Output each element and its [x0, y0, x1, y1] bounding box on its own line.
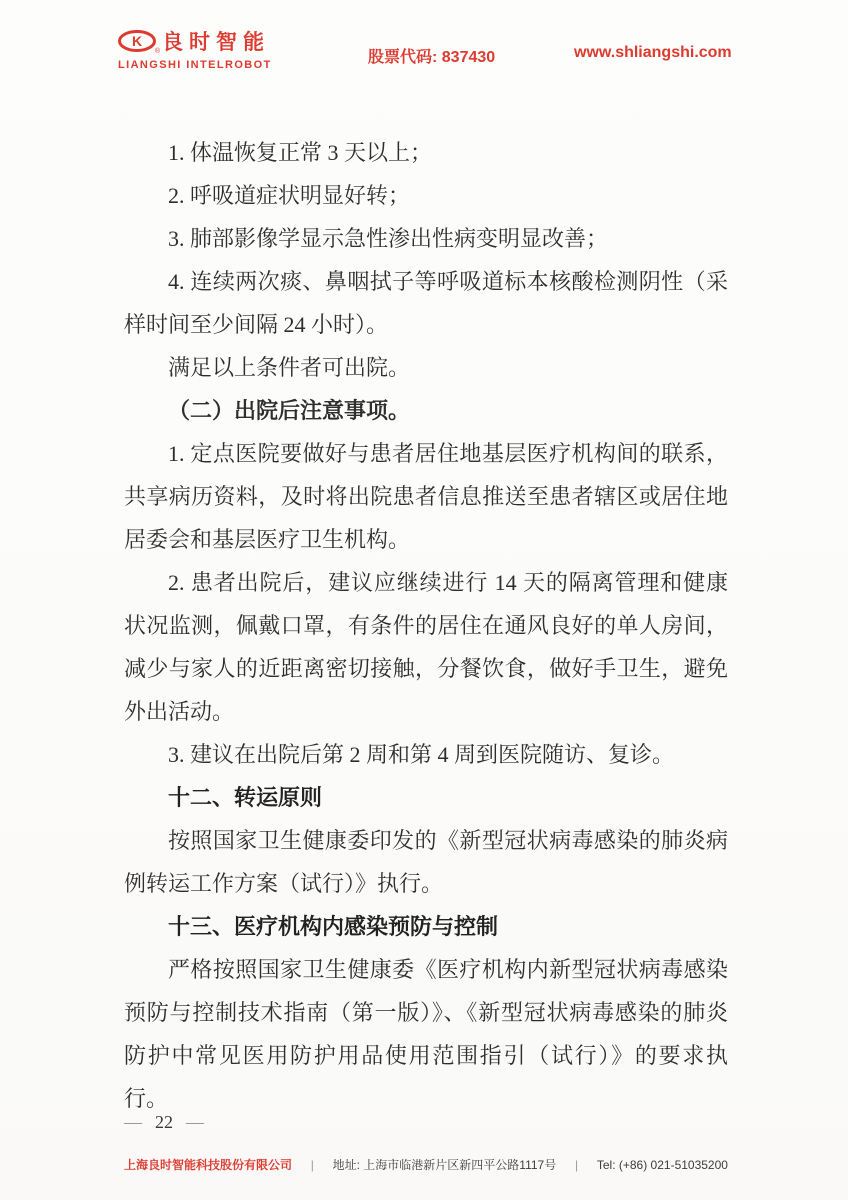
logo-k-ellipse-icon: K ®: [118, 30, 156, 52]
footer-address: 地址: 上海市临港新片区新四平公路1117号: [333, 1156, 557, 1173]
page-number: — 22 —: [124, 1112, 204, 1133]
section-heading: 十二、转运原则: [124, 776, 728, 819]
footer-company-name: 上海良时智能科技股份有限公司: [124, 1156, 292, 1173]
paragraph: 2. 呼吸道症状明显好转；: [124, 174, 728, 217]
paragraph: 严格按照国家卫生健康委《医疗机构内新型冠状病毒感染预防与控制技术指南（第一版）》…: [124, 948, 728, 1120]
page-number-dash-left: —: [124, 1112, 142, 1133]
document-page: K ® 良时智能 LIANGSHI INTELROBOT 股票代码: 83743…: [0, 0, 848, 1200]
stock-code: 股票代码: 837430: [368, 44, 495, 67]
logo-english-name: LIANGSHI INTELROBOT: [118, 59, 272, 71]
logo-chinese-name: 良时智能: [162, 26, 270, 56]
footer-divider: |: [311, 1158, 314, 1172]
paragraph: 按照国家卫生健康委印发的《新型冠状病毒感染的肺炎病例转运工作方案（试行）》执行。: [124, 819, 728, 905]
registered-trademark-icon: ®: [155, 48, 160, 55]
paragraph: 2. 患者出院后，建议应继续进行 14 天的隔离管理和健康状况监测，佩戴口罩，有…: [124, 561, 728, 733]
footer-bar: 上海良时智能科技股份有限公司 | 地址: 上海市临港新片区新四平公路1117号 …: [124, 1156, 728, 1173]
paragraph: 1. 定点医院要做好与患者居住地基层医疗机构间的联系，共享病历资料，及时将出院患…: [124, 432, 728, 561]
paragraph: （二）出院后注意事项。: [124, 389, 728, 432]
website-url: www.shliangshi.com: [574, 44, 732, 62]
paragraph: 1. 体温恢复正常 3 天以上；: [124, 131, 728, 174]
paragraph: 4. 连续两次痰、鼻咽拭子等呼吸道标本核酸检测阴性（采样时间至少间隔 24 小时…: [124, 260, 728, 346]
svg-text:K: K: [132, 33, 142, 49]
paragraph: 满足以上条件者可出院。: [124, 346, 728, 389]
page-number-value: 22: [155, 1112, 173, 1133]
footer-divider: |: [575, 1158, 578, 1172]
paragraph: 3. 肺部影像学显示急性渗出性病变明显改善；: [124, 217, 728, 260]
document-text: 1. 体温恢复正常 3 天以上；2. 呼吸道症状明显好转；3. 肺部影像学显示急…: [124, 131, 728, 1120]
footer-telephone: Tel: (+86) 021-51035200: [597, 1158, 728, 1172]
section-heading: 十三、医疗机构内感染预防与控制: [124, 905, 728, 948]
paragraph: 3. 建议在出院后第 2 周和第 4 周到医院随访、复诊。: [124, 733, 728, 776]
page-number-dash-right: —: [186, 1112, 204, 1133]
company-logo: K ® 良时智能 LIANGSHI INTELROBOT: [118, 26, 272, 71]
